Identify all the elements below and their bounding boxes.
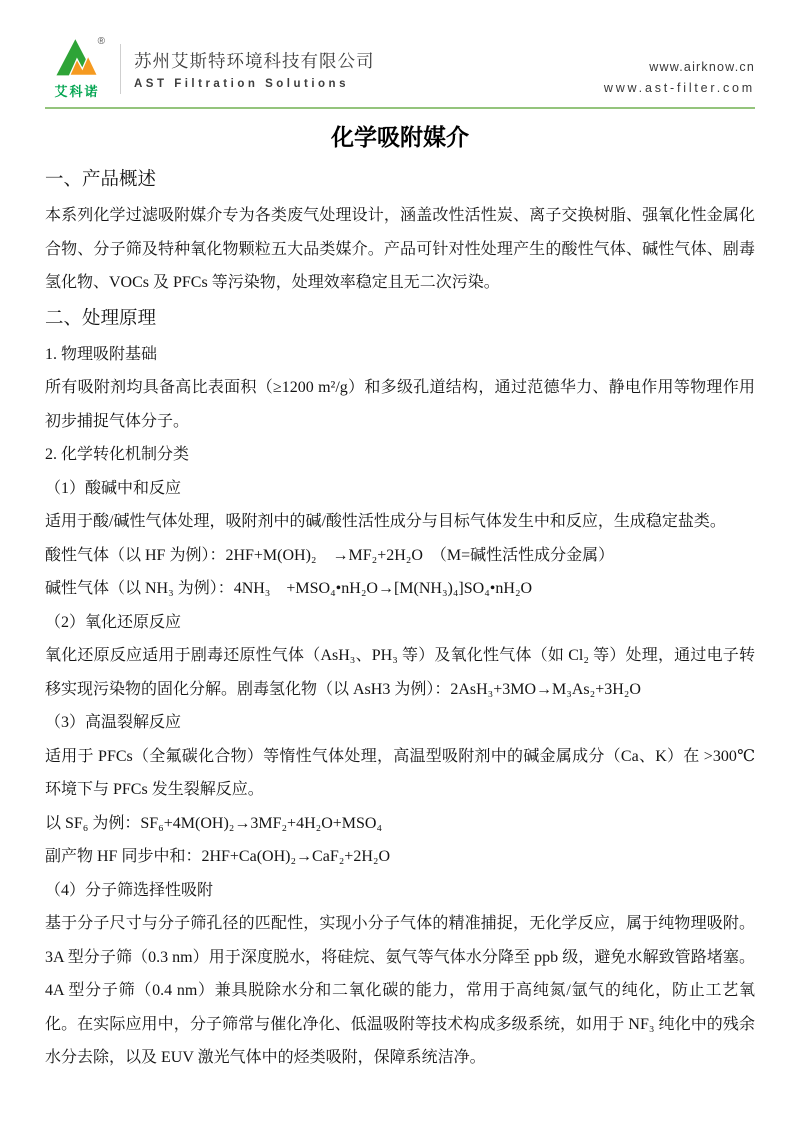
paragraph-overview: 本系列化学过滤吸附媒介专为各类废气处理设计，涵盖改性活性炭、离子交换树脂、强氧化…: [45, 199, 755, 300]
section-heading-principle: 二、处理原理: [45, 300, 755, 338]
logo-mountain-icon: [54, 38, 100, 80]
paragraph-pyrolysis: 适用于 PFCs（全氟碳化合物）等惰性气体处理，高温型吸附剂中的碱金属成分（Ca…: [45, 740, 755, 807]
paragraph-molecular-sieve: 基于分子尺寸与分子筛孔径的匹配性，实现小分子气体的精准捕捉，无化学反应，属于纯物…: [45, 907, 755, 1075]
company-logo: ® 艾科诺: [45, 38, 109, 100]
letterhead: ® 艾科诺 苏州艾斯特环境科技有限公司 AST Filtration Solut…: [45, 36, 755, 101]
website-primary: www.airknow.cn: [604, 57, 755, 78]
company-websites: www.airknow.cn www.ast-filter.com: [604, 57, 755, 101]
logo-divider: [120, 44, 121, 94]
document-page: ® 艾科诺 苏州艾斯特环境科技有限公司 AST Filtration Solut…: [0, 0, 800, 1131]
formula-sf6: 以 SF₆ 为例：SF₆+4M(OH)₂→3MF₂+4H₂O+MSO₄: [45, 807, 755, 841]
logo-brand-text: 艾科诺: [45, 81, 109, 100]
company-name-cn: 苏州艾斯特环境科技有限公司: [134, 48, 375, 73]
sub-heading-chemical-mechanisms: 2. 化学转化机制分类: [45, 438, 755, 472]
paragraph-acid-base: 适用于酸/碱性气体处理，吸附剂中的碱/酸性活性成分与目标气体发生中和反应，生成稳…: [45, 505, 755, 539]
page-title: 化学吸附媒介: [45, 115, 755, 161]
paragraph-redox: 氧化还原反应适用于剧毒还原性气体（AsH₃、PH₃ 等）及氧化性气体（如 Cl₂…: [45, 639, 755, 706]
company-names: 苏州艾斯特环境科技有限公司 AST Filtration Solutions: [134, 48, 375, 90]
paragraph-physical-adsorption: 所有吸附剂均具备高比表面积（≥1200 m²/g）和多级孔道结构，通过范德华力、…: [45, 371, 755, 438]
website-secondary: www.ast-filter.com: [604, 78, 755, 99]
sub-heading-physical-adsorption: 1. 物理吸附基础: [45, 338, 755, 372]
formula-acid-gas: 酸性气体（以 HF 为例）：2HF+M(OH)₂ →MF₂+2H₂O （M=碱性…: [45, 539, 755, 573]
sub-heading-redox-reaction: （2）氧化还原反应: [45, 606, 755, 640]
company-name-en: AST Filtration Solutions: [134, 78, 375, 90]
header-rule: [45, 107, 755, 109]
registered-trademark-icon: ®: [98, 36, 105, 47]
formula-hf-byproduct: 副产物 HF 同步中和：2HF+Ca(OH)₂→CaF₂+2H₂O: [45, 840, 755, 874]
sub-heading-pyrolysis-reaction: （3）高温裂解反应: [45, 706, 755, 740]
section-heading-overview: 一、产品概述: [45, 161, 755, 199]
formula-alkaline-gas: 碱性气体（以 NH₃ 为例）：4NH₃ +MSO₄•nH₂O→[M(NH₃)₄]…: [45, 572, 755, 606]
sub-heading-acid-base-neutralization: （1）酸碱中和反应: [45, 472, 755, 506]
sub-heading-molecular-sieve: （4）分子筛选择性吸附: [45, 874, 755, 908]
